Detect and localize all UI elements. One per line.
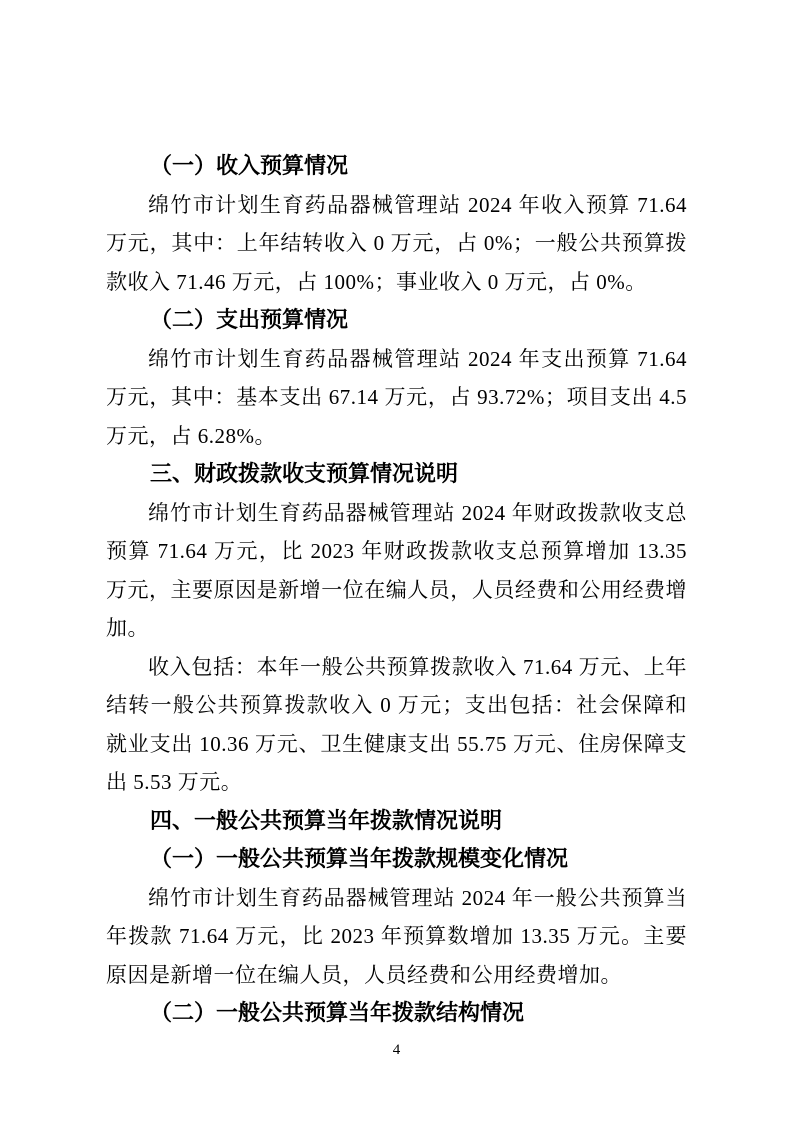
section-heading-structure: （二）一般公共预算当年拨款结构情况 xyxy=(106,994,687,1033)
chapter-heading-fiscal-appropriation: 三、财政拨款收支预算情况说明 xyxy=(106,455,687,494)
paragraph-fiscal-appropriation-total: 绵竹市计划生育药品器械管理站 2024 年财政拨款收支总预算 71.64 万元，… xyxy=(106,494,687,648)
paragraph-scale-change-detail: 绵竹市计划生育药品器械管理站 2024 年一般公共预算当年拨款 71.64 万元… xyxy=(106,879,687,995)
paragraph-income-budget-detail: 绵竹市计划生育药品器械管理站 2024 年收入预算 71.64 万元，其中：上年… xyxy=(106,186,687,302)
paragraph-expenditure-budget-detail: 绵竹市计划生育药品器械管理站 2024 年支出预算 71.64 万元，其中：基本… xyxy=(106,340,687,456)
document-body: （一）收入预算情况 绵竹市计划生育药品器械管理站 2024 年收入预算 71.6… xyxy=(106,147,687,1033)
section-heading-scale-change: （一）一般公共预算当年拨款规模变化情况 xyxy=(106,840,687,879)
section-heading-expenditure-budget: （二）支出预算情况 xyxy=(106,301,687,340)
page-number: 4 xyxy=(0,1040,793,1060)
section-heading-income-budget: （一）收入预算情况 xyxy=(106,147,687,186)
chapter-heading-general-public-budget: 四、一般公共预算当年拨款情况说明 xyxy=(106,802,687,841)
paragraph-income-expenditure-breakdown: 收入包括：本年一般公共预算拨款收入 71.64 万元、上年结转一般公共预算拨款收… xyxy=(106,648,687,802)
document-page: （一）收入预算情况 绵竹市计划生育药品器械管理站 2024 年收入预算 71.6… xyxy=(0,0,793,1122)
